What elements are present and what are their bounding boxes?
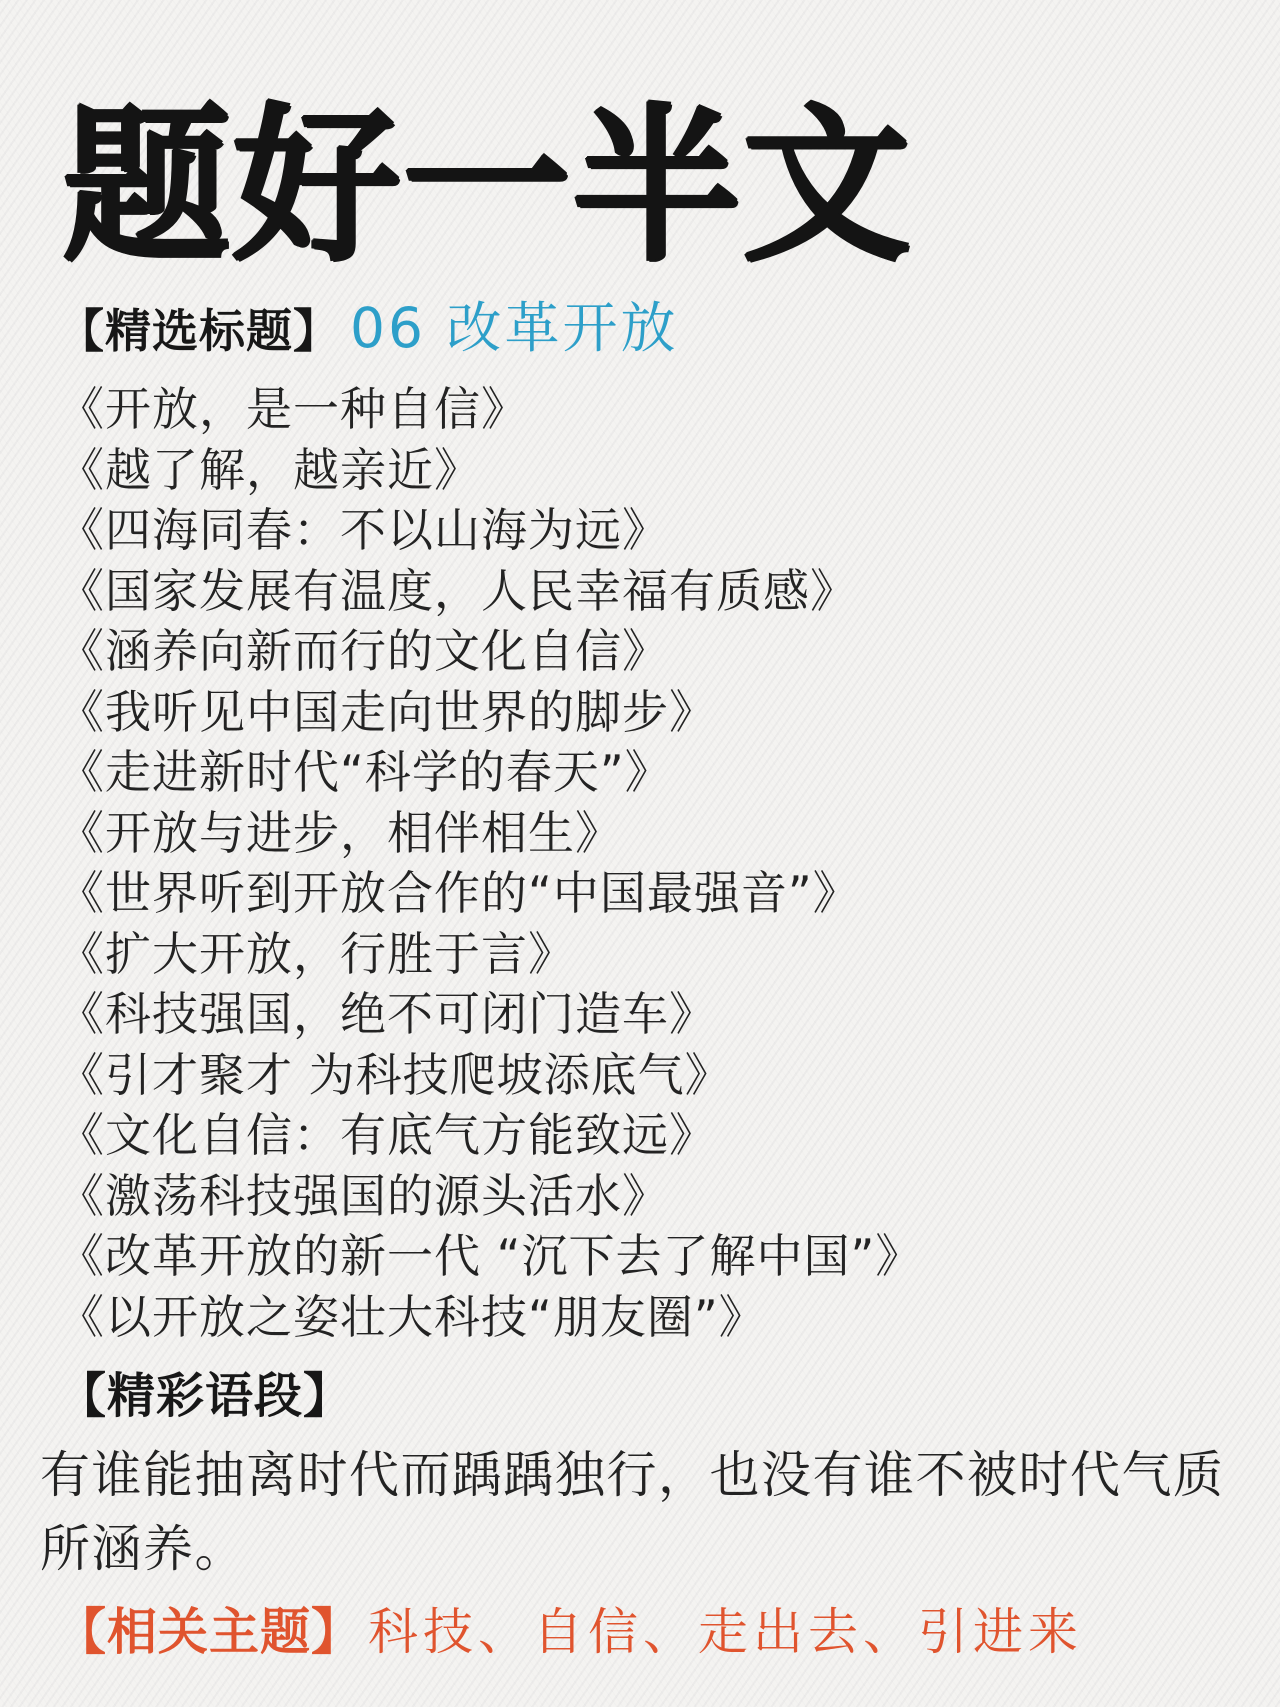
title-line: 《涵养向新而行的文化自信》 <box>58 621 1244 682</box>
topics-text: 科技、自信、走出去、引进来 <box>368 1592 1083 1664</box>
title-list: 《开放，是一种自信》《越了解，越亲近》《四海同春：不以山海为远》《国家发展有温度… <box>58 379 1244 1347</box>
title-line: 《改革开放的新一代 “沉下去了解中国”》 <box>58 1226 1244 1287</box>
title-line: 《四海同春：不以山海为远》 <box>58 500 1244 561</box>
title-line: 《文化自信：有底气方能致远》 <box>58 1105 1244 1166</box>
section-header: 【精选标题】 06 改革开放 <box>58 284 1244 363</box>
title-line: 《走进新时代“科学的春天”》 <box>58 742 1244 803</box>
topics-label: 【相关主题】 <box>56 1592 362 1664</box>
title-line: 《越了解，越亲近》 <box>58 440 1244 501</box>
topics-line: 【相关主题】 科技、自信、走出去、引进来 <box>56 1592 1244 1664</box>
title-line: 《世界听到开放合作的“中国最强音”》 <box>58 863 1244 924</box>
highlight-paragraph: 有谁能抽离时代而踽踽独行，也没有谁不被时代气质所涵养。 <box>40 1438 1244 1586</box>
poster-page: 题好一半文 【精选标题】 06 改革开放 《开放，是一种自信》《越了解，越亲近》… <box>0 0 1280 1707</box>
highlight-label: 【精彩语段】 <box>58 1357 1244 1426</box>
title-line: 《开放与进步，相伴相生》 <box>58 803 1244 864</box>
page-title: 题好一半文 <box>62 102 1244 270</box>
title-line: 《以开放之姿壮大科技“朋友圈”》 <box>58 1287 1244 1348</box>
title-line: 《扩大开放，行胜于言》 <box>58 924 1244 985</box>
title-line: 《激荡科技强国的源头活水》 <box>58 1166 1244 1227</box>
title-line: 《我听见中国走向世界的脚步》 <box>58 682 1244 743</box>
section-label: 【精选标题】 <box>58 295 340 361</box>
title-line: 《引才聚才 为科技爬坡添底气》 <box>58 1045 1244 1106</box>
section-topic: 06 改革开放 <box>350 284 678 363</box>
title-line: 《科技强国，绝不可闭门造车》 <box>58 984 1244 1045</box>
title-line: 《国家发展有温度，人民幸福有质感》 <box>58 561 1244 622</box>
title-line: 《开放，是一种自信》 <box>58 379 1244 440</box>
